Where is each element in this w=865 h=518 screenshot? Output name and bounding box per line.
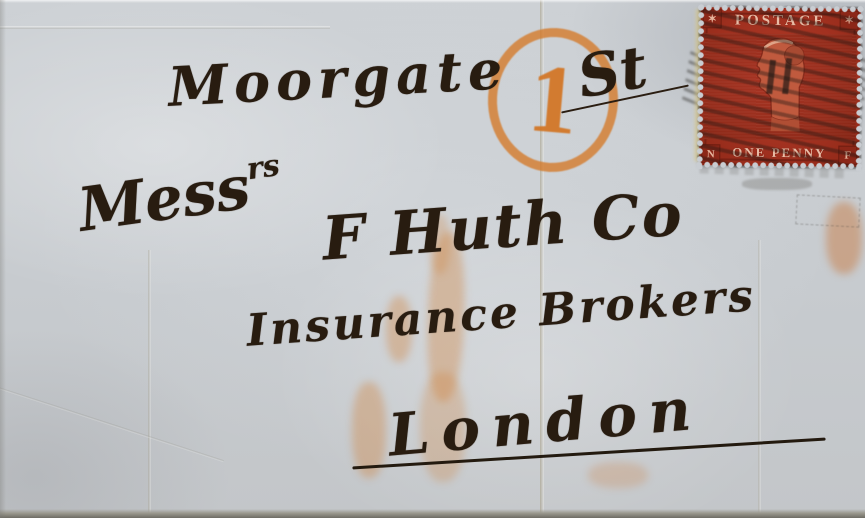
perforation-right bbox=[854, 5, 865, 171]
envelope-left-edge bbox=[0, 0, 6, 518]
penny-red-stamp: POSTAGE ONE PENNY ✶ ✶ N F bbox=[699, 7, 861, 167]
orange-stain bbox=[352, 382, 386, 478]
handwriting-street-name: Moorgate bbox=[167, 37, 510, 119]
diagonal-crease-bottom-left bbox=[0, 380, 224, 462]
vertical-crease-left bbox=[148, 250, 151, 518]
perforation-left bbox=[695, 3, 706, 169]
barred-cancellation-overlay bbox=[697, 5, 863, 169]
handwriting-occupation: Insurance Brokers bbox=[245, 270, 758, 356]
stamp-body: POSTAGE ONE PENNY ✶ ✶ N F bbox=[699, 7, 861, 167]
envelope-photo: 1 Moorgate St Messrs F Huth Co Insurance… bbox=[0, 0, 865, 518]
perforation-bottom bbox=[695, 160, 863, 171]
salutation-main: Mess bbox=[74, 153, 254, 246]
horizontal-crease-top bbox=[0, 26, 330, 29]
salutation-superscript: rs bbox=[245, 148, 282, 187]
vertical-crease-right bbox=[758, 240, 761, 518]
postmark-numeral: 1 bbox=[524, 48, 582, 152]
faint-boxed-mark bbox=[795, 194, 860, 227]
handwriting-salutation: Messrs bbox=[74, 148, 287, 246]
orange-stain bbox=[588, 462, 648, 488]
perforation-top bbox=[697, 3, 865, 14]
envelope-bottom-edge bbox=[0, 509, 865, 518]
handwriting-addressee: F Huth Co bbox=[320, 179, 686, 274]
faint-postmark-smudge bbox=[742, 178, 812, 190]
